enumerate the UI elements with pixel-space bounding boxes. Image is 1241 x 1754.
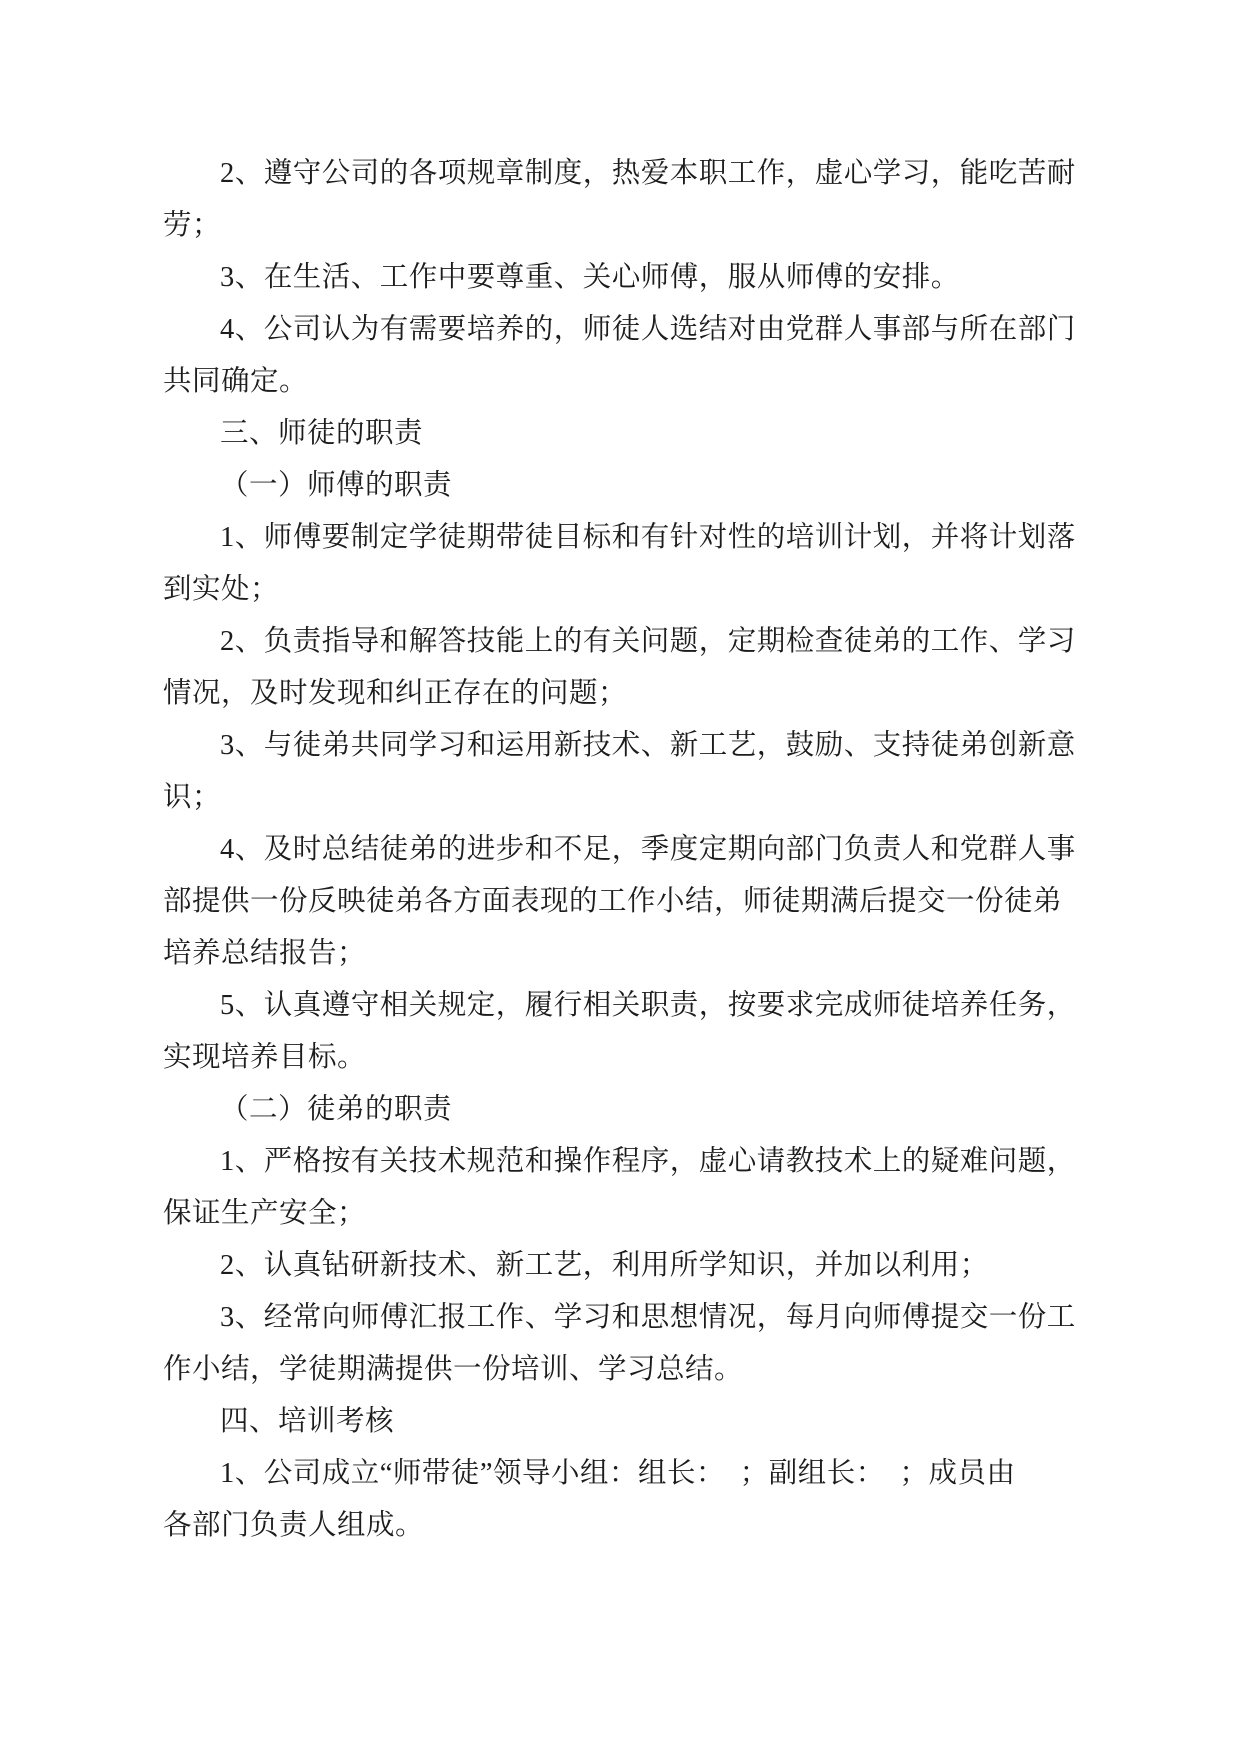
text-line: 情况，及时发现和纠正存在的问题； xyxy=(163,668,1081,720)
text-line: 实现培养目标。 xyxy=(163,1032,1081,1084)
text-line: 作小结，学徒期满提供一份培训、学习总结。 xyxy=(163,1344,1081,1396)
text-line: 2、认真钻研新技术、新工艺，利用所学知识，并加以利用； xyxy=(163,1240,1081,1292)
text-line: （二）徒弟的职责 xyxy=(163,1084,1081,1136)
text-line: 1、公司成立“师带徒”领导小组：组长： ；副组长： ；成员由 xyxy=(163,1448,1081,1500)
text-line: 到实处； xyxy=(163,564,1081,616)
text-line: 4、及时总结徒弟的进步和不足，季度定期向部门负责人和党群人事 xyxy=(163,824,1081,876)
document-body: 2、遵守公司的各项规章制度，热爱本职工作，虚心学习，能吃苦耐劳；3、在生活、工作… xyxy=(163,148,1081,1552)
text-line: 各部门负责人组成。 xyxy=(163,1500,1081,1552)
text-line: 四、培训考核 xyxy=(163,1396,1081,1448)
text-line: 3、与徒弟共同学习和运用新技术、新工艺，鼓励、支持徒弟创新意 xyxy=(163,720,1081,772)
text-line: 1、严格按有关技术规范和操作程序，虚心请教技术上的疑难问题， xyxy=(163,1136,1081,1188)
text-line: 4、公司认为有需要培养的，师徒人选结对由党群人事部与所在部门 xyxy=(163,304,1081,356)
text-line: （一）师傅的职责 xyxy=(163,460,1081,512)
text-line: 部提供一份反映徒弟各方面表现的工作小结，师徒期满后提交一份徒弟 xyxy=(163,876,1081,928)
text-line: 5、认真遵守相关规定，履行相关职责，按要求完成师徒培养任务， xyxy=(163,980,1081,1032)
text-line: 2、遵守公司的各项规章制度，热爱本职工作，虚心学习，能吃苦耐 xyxy=(163,148,1081,200)
text-line: 共同确定。 xyxy=(163,356,1081,408)
text-line: 1、师傅要制定学徒期带徒目标和有针对性的培训计划，并将计划落 xyxy=(163,512,1081,564)
text-line: 识； xyxy=(163,772,1081,824)
text-line: 3、在生活、工作中要尊重、关心师傅，服从师傅的安排。 xyxy=(163,252,1081,304)
text-line: 培养总结报告； xyxy=(163,928,1081,980)
text-line: 保证生产安全； xyxy=(163,1188,1081,1240)
text-line: 劳； xyxy=(163,200,1081,252)
text-line: 2、负责指导和解答技能上的有关问题，定期检查徒弟的工作、学习 xyxy=(163,616,1081,668)
text-line: 三、师徒的职责 xyxy=(163,408,1081,460)
document-page: 2、遵守公司的各项规章制度，热爱本职工作，虚心学习，能吃苦耐劳；3、在生活、工作… xyxy=(0,0,1241,1754)
text-line: 3、经常向师傅汇报工作、学习和思想情况，每月向师傅提交一份工 xyxy=(163,1292,1081,1344)
